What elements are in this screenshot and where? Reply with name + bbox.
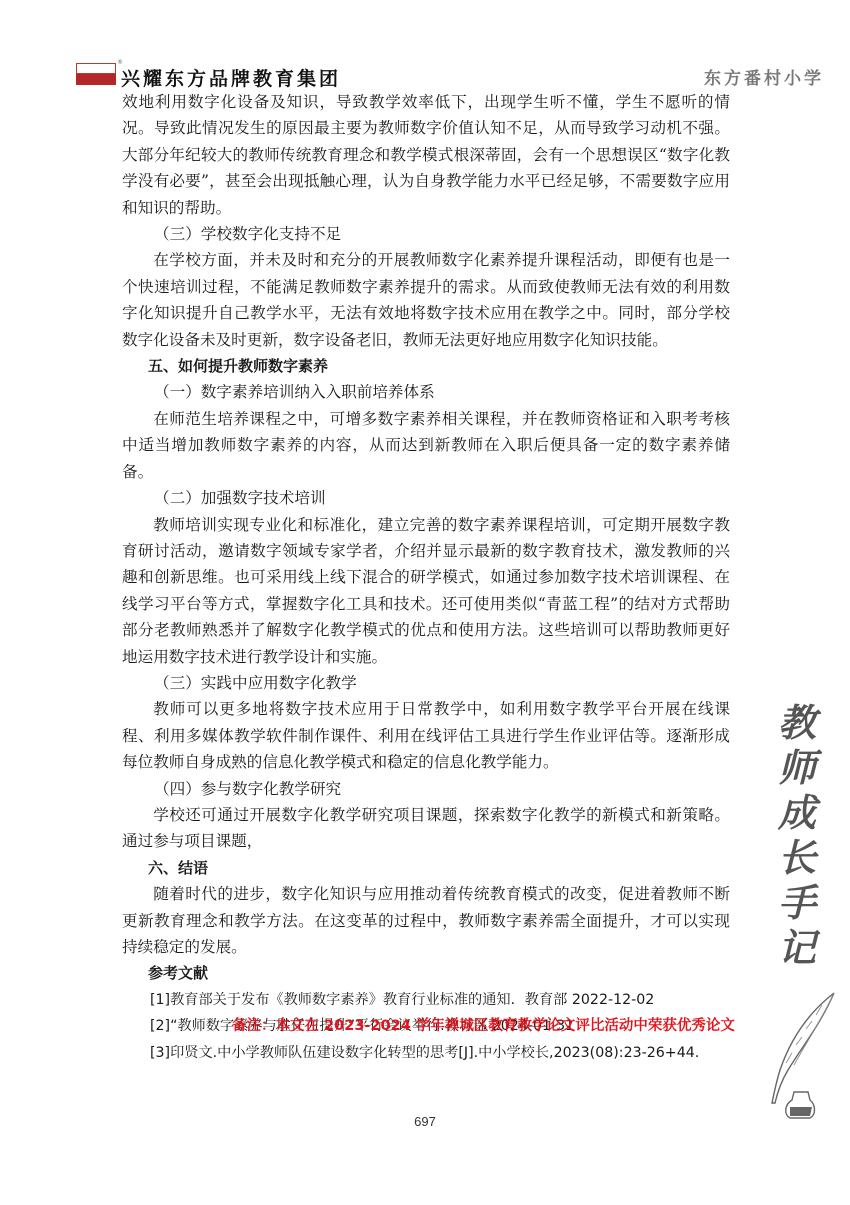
section-heading: 五、如何提升教师数字素养: [122, 353, 730, 379]
paragraph: 在学校方面，并未及时和充分的开展教师数字化素养提升课程活动，即便有也是一个快速培…: [122, 247, 730, 353]
subsection-heading: （三）学校数字化支持不足: [122, 221, 730, 247]
page-header: ® 兴耀东方品牌教育集团 东方番村小学: [0, 0, 850, 90]
side-char: 教: [772, 700, 822, 745]
paragraph: 教师可以更多地将数字技术应用于日常教学中，如利用数字教学平台开展在线课程、利用多…: [122, 696, 730, 775]
references-heading: 参考文献: [122, 960, 730, 986]
side-char: 长: [772, 835, 822, 880]
brand-logo-icon: ®: [76, 63, 116, 85]
school-name: 东方番村小学: [704, 64, 824, 89]
page-number: 697: [0, 1114, 850, 1129]
brand-name: 兴耀东方品牌教育集团: [121, 64, 341, 91]
paragraph: 学校还可通过开展数字化教学研究项目课题，探索数字化教学的新模式和新策略。通过参与…: [122, 802, 730, 855]
side-char: 手: [772, 880, 822, 925]
paragraph: 效地利用数字化设备及知识，导致教学效率低下，出现学生听不懂，学生不愿听的情况。导…: [122, 89, 730, 221]
article-body: 效地利用数字化设备及知识，导致教学效率低下，出现学生听不懂，学生不愿听的情况。导…: [122, 89, 730, 1066]
subsection-heading: （四）参与数字化教学研究: [122, 776, 730, 802]
side-char: 成: [772, 790, 822, 835]
side-char: 记: [772, 925, 822, 970]
award-note: 备注：本文在 2023-2024 学年禅城区教育教学论文评比活动中荣获优秀论文: [232, 1014, 735, 1035]
paragraph: 教师培训实现专业化和标准化，建立完善的数字素养课程培训，可定期开展数字教育研讨活…: [122, 512, 730, 670]
subsection-heading: （二）加强数字技术培训: [122, 485, 730, 511]
section-heading: 六、结语: [122, 855, 730, 881]
subsection-heading: （三）实践中应用数字化教学: [122, 670, 730, 696]
reference-item: [1]教育部关于发布《教师数字素养》教育行业标准的通知．教育部 2022-12-…: [122, 987, 730, 1013]
reference-item: [3]印贤文.中小学教师队伍建设数字化转型的思考[J].中小学校长,2023(0…: [122, 1040, 730, 1066]
paragraph: 随着时代的进步，数字化知识与应用推动着传统教育模式的改变，促进着教师不断更新教育…: [122, 881, 730, 960]
subsection-heading: （一）数字素养培训纳入入职前培养体系: [122, 379, 730, 405]
side-char: 师: [772, 745, 822, 790]
paragraph: 在师范生培养课程之中，可增多数字素养相关课程，并在教师资格证和入职考考核中适当增…: [122, 406, 730, 485]
side-calligraphy-title: 教 师 成 长 手 记: [772, 700, 822, 970]
quill-inkwell-icon: [762, 985, 842, 1125]
